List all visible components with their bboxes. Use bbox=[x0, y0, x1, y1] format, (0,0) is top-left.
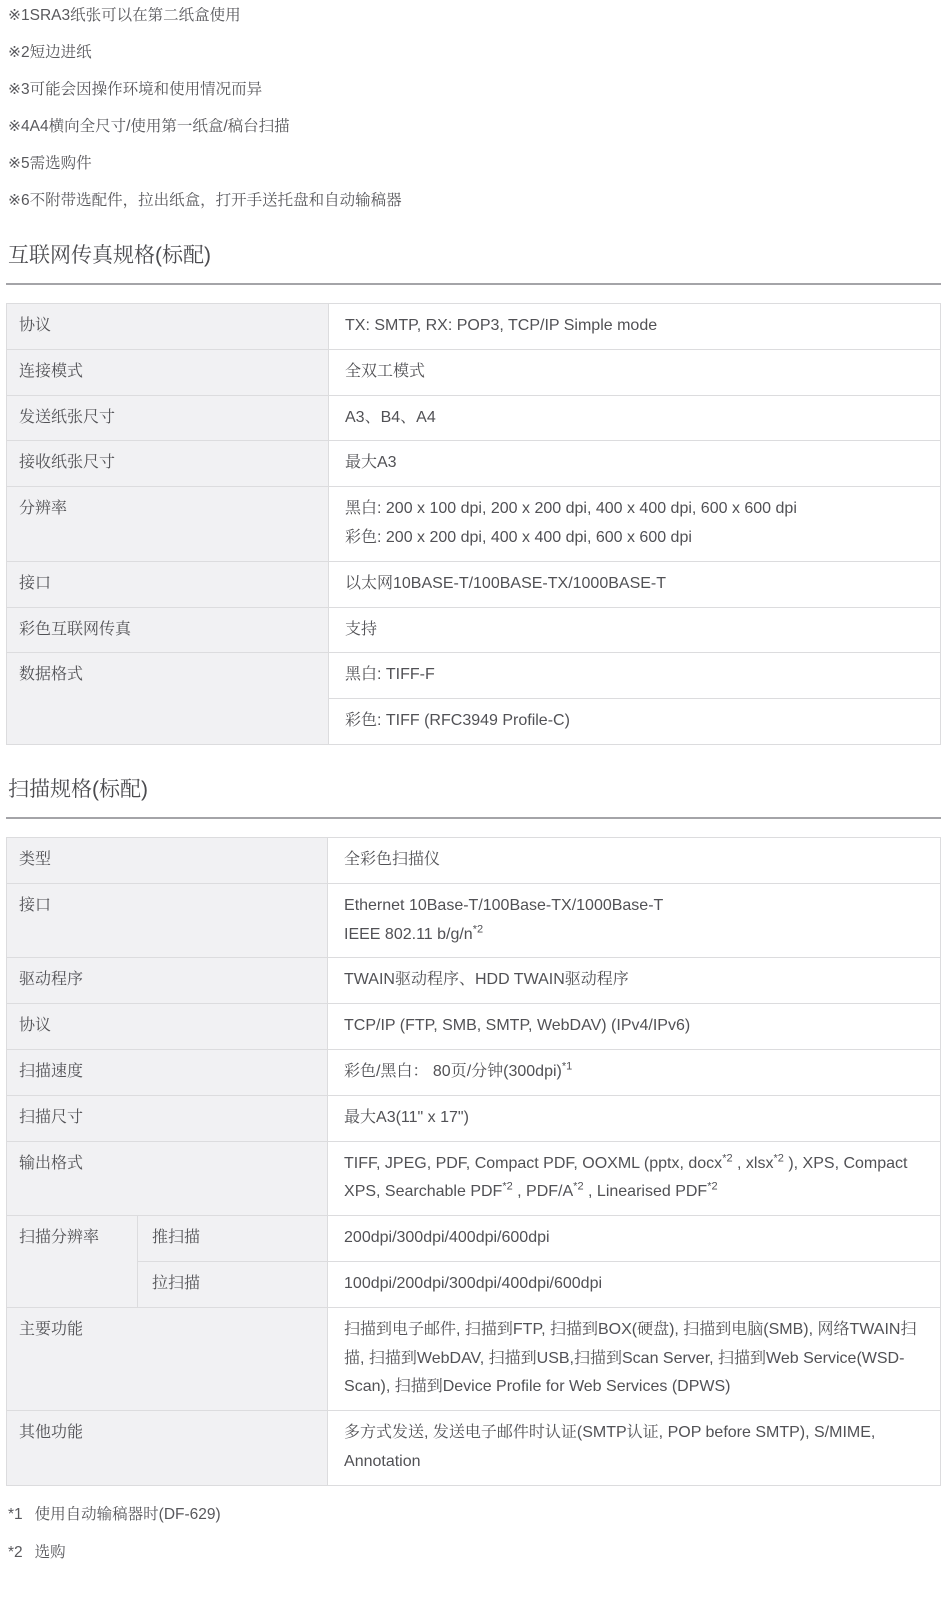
table-row: 类型 全彩色扫描仪 bbox=[7, 837, 941, 883]
table-row: 连接模式 全双工模式 bbox=[7, 349, 941, 395]
footnote-line: ※6不附带选配件，拉出纸盒，打开手送托盘和自动输稿器 bbox=[6, 190, 941, 211]
table-row: 扫描分辨率 推扫描 200dpi/300dpi/400dpi/600dpi bbox=[7, 1216, 941, 1262]
spec-label-cell: 协议 bbox=[7, 304, 329, 350]
spec-label-cell: 彩色互联网传真 bbox=[7, 607, 329, 653]
table-row: 协议 TX: SMTP, RX: POP3, TCP/IP Simple mod… bbox=[7, 304, 941, 350]
spec-value-cell: TIFF, JPEG, PDF, Compact PDF, OOXML (ppt… bbox=[328, 1141, 941, 1216]
spec-label-cell: 扫描尺寸 bbox=[7, 1095, 328, 1141]
section-title-internet-fax: 互联网传真规格(标配) bbox=[6, 243, 941, 285]
top-footnotes: ※1SRA3纸张可以在第二纸盒使用 ※2短边进纸 ※3可能会因操作环境和使用情况… bbox=[6, 5, 941, 211]
spec-value-cell: 黑白: TIFF-F bbox=[329, 653, 941, 699]
spec-label-cell: 接收纸张尺寸 bbox=[7, 441, 329, 487]
table-row: 扫描速度 彩色/黑白： 80页/分钟(300dpi)*1 bbox=[7, 1049, 941, 1095]
spec-value-cell: TWAIN驱动程序、HDD TWAIN驱动程序 bbox=[328, 958, 941, 1004]
table-row: 接口 Ethernet 10Base-T/100Base-TX/1000Base… bbox=[7, 883, 941, 958]
spec-label-cell: 主要功能 bbox=[7, 1307, 328, 1410]
scan-spec-table: 类型 全彩色扫描仪 接口 Ethernet 10Base-T/100Base-T… bbox=[6, 837, 941, 1486]
spec-label-cell: 发送纸张尺寸 bbox=[7, 395, 329, 441]
spec-label-cell: 数据格式 bbox=[7, 653, 329, 745]
spec-page: ※1SRA3纸张可以在第二纸盒使用 ※2短边进纸 ※3可能会因操作环境和使用情况… bbox=[0, 0, 946, 1590]
value-line: IEEE 802.11 b/g/n*2 bbox=[344, 921, 924, 950]
spec-value-cell: 彩色: TIFF (RFC3949 Profile-C) bbox=[329, 699, 941, 745]
bottom-footnotes: *1使用自动输稿器时(DF-629) *2选购 bbox=[6, 1504, 941, 1563]
spec-value-cell: 扫描到电子邮件, 扫描到FTP, 扫描到BOX(硬盘), 扫描到电脑(SMB),… bbox=[328, 1307, 941, 1410]
footnote-text: 使用自动输稿器时(DF-629) bbox=[35, 1506, 221, 1523]
table-row: 接口 以太网10BASE-T/100BASE-TX/1000BASE-T bbox=[7, 561, 941, 607]
spec-label-cell: 扫描速度 bbox=[7, 1049, 328, 1095]
table-row: 主要功能 扫描到电子邮件, 扫描到FTP, 扫描到BOX(硬盘), 扫描到电脑(… bbox=[7, 1307, 941, 1410]
spec-value-cell: 全双工模式 bbox=[329, 349, 941, 395]
footnote-line: *2选购 bbox=[6, 1542, 941, 1563]
footnote-line: ※3可能会因操作环境和使用情况而异 bbox=[6, 79, 941, 100]
table-row: 拉扫描 100dpi/200dpi/300dpi/400dpi/600dpi bbox=[7, 1261, 941, 1307]
internet-fax-spec-table: 协议 TX: SMTP, RX: POP3, TCP/IP Simple mod… bbox=[6, 303, 941, 745]
table-row: 其他功能 多方式发送, 发送电子邮件时认证(SMTP认证, POP before… bbox=[7, 1411, 941, 1486]
footnote-line: ※4A4横向全尺寸/使用第一纸盒/稿台扫描 bbox=[6, 116, 941, 137]
spec-value-cell: 彩色/黑白： 80页/分钟(300dpi)*1 bbox=[328, 1049, 941, 1095]
table-row: 分辨率 黑白: 200 x 100 dpi, 200 x 200 dpi, 40… bbox=[7, 487, 941, 562]
spec-label-cell: 接口 bbox=[7, 883, 328, 958]
spec-label-cell: 驱动程序 bbox=[7, 958, 328, 1004]
value-line: Ethernet 10Base-T/100Base-TX/1000Base-T bbox=[344, 892, 924, 921]
spec-value-cell: 全彩色扫描仪 bbox=[328, 837, 941, 883]
footnote-line: *1使用自动输稿器时(DF-629) bbox=[6, 1504, 941, 1525]
table-row: 彩色互联网传真 支持 bbox=[7, 607, 941, 653]
table-row: 数据格式 黑白: TIFF-F bbox=[7, 653, 941, 699]
spec-label-cell: 输出格式 bbox=[7, 1141, 328, 1216]
spec-value-cell: TX: SMTP, RX: POP3, TCP/IP Simple mode bbox=[329, 304, 941, 350]
spec-label-cell: 其他功能 bbox=[7, 1411, 328, 1486]
footnote-marker: *1 bbox=[8, 1504, 23, 1525]
footnote-line: ※5需选购件 bbox=[6, 153, 941, 174]
spec-value-cell: A3、B4、A4 bbox=[329, 395, 941, 441]
value-line: 黑白: 200 x 100 dpi, 200 x 200 dpi, 400 x … bbox=[345, 495, 924, 524]
spec-label-cell: 分辨率 bbox=[7, 487, 329, 562]
table-row: 驱动程序 TWAIN驱动程序、HDD TWAIN驱动程序 bbox=[7, 958, 941, 1004]
spec-label-cell: 扫描分辨率 bbox=[7, 1216, 138, 1308]
spec-value-cell: 200dpi/300dpi/400dpi/600dpi bbox=[328, 1216, 941, 1262]
spec-label-cell: 连接模式 bbox=[7, 349, 329, 395]
spec-label-cell: 类型 bbox=[7, 837, 328, 883]
spec-sublabel-cell: 拉扫描 bbox=[138, 1261, 328, 1307]
spec-value-cell: 100dpi/200dpi/300dpi/400dpi/600dpi bbox=[328, 1261, 941, 1307]
spec-value-cell: Ethernet 10Base-T/100Base-TX/1000Base-T … bbox=[328, 883, 941, 958]
spec-value-cell: TCP/IP (FTP, SMB, SMTP, WebDAV) (IPv4/IP… bbox=[328, 1004, 941, 1050]
footnote-text: 选购 bbox=[35, 1544, 66, 1561]
section-title-scan: 扫描规格(标配) bbox=[6, 777, 941, 819]
footnote-line: ※1SRA3纸张可以在第二纸盒使用 bbox=[6, 5, 941, 26]
spec-value-cell: 最大A3 bbox=[329, 441, 941, 487]
table-row: 扫描尺寸 最大A3(11" x 17") bbox=[7, 1095, 941, 1141]
spec-value-cell: 多方式发送, 发送电子邮件时认证(SMTP认证, POP before SMTP… bbox=[328, 1411, 941, 1486]
spec-label-cell: 协议 bbox=[7, 1004, 328, 1050]
spec-value-cell: 最大A3(11" x 17") bbox=[328, 1095, 941, 1141]
table-row: 接收纸张尺寸 最大A3 bbox=[7, 441, 941, 487]
spec-value-cell: 黑白: 200 x 100 dpi, 200 x 200 dpi, 400 x … bbox=[329, 487, 941, 562]
spec-sublabel-cell: 推扫描 bbox=[138, 1216, 328, 1262]
value-line: 彩色: 200 x 200 dpi, 400 x 400 dpi, 600 x … bbox=[345, 524, 924, 553]
spec-value-cell: 支持 bbox=[329, 607, 941, 653]
table-row: 发送纸张尺寸 A3、B4、A4 bbox=[7, 395, 941, 441]
table-row: 协议 TCP/IP (FTP, SMB, SMTP, WebDAV) (IPv4… bbox=[7, 1004, 941, 1050]
spec-label-cell: 接口 bbox=[7, 561, 329, 607]
table-row: 输出格式 TIFF, JPEG, PDF, Compact PDF, OOXML… bbox=[7, 1141, 941, 1216]
spec-value-cell: 以太网10BASE-T/100BASE-TX/1000BASE-T bbox=[329, 561, 941, 607]
footnote-line: ※2短边进纸 bbox=[6, 42, 941, 63]
footnote-marker: *2 bbox=[8, 1542, 23, 1563]
